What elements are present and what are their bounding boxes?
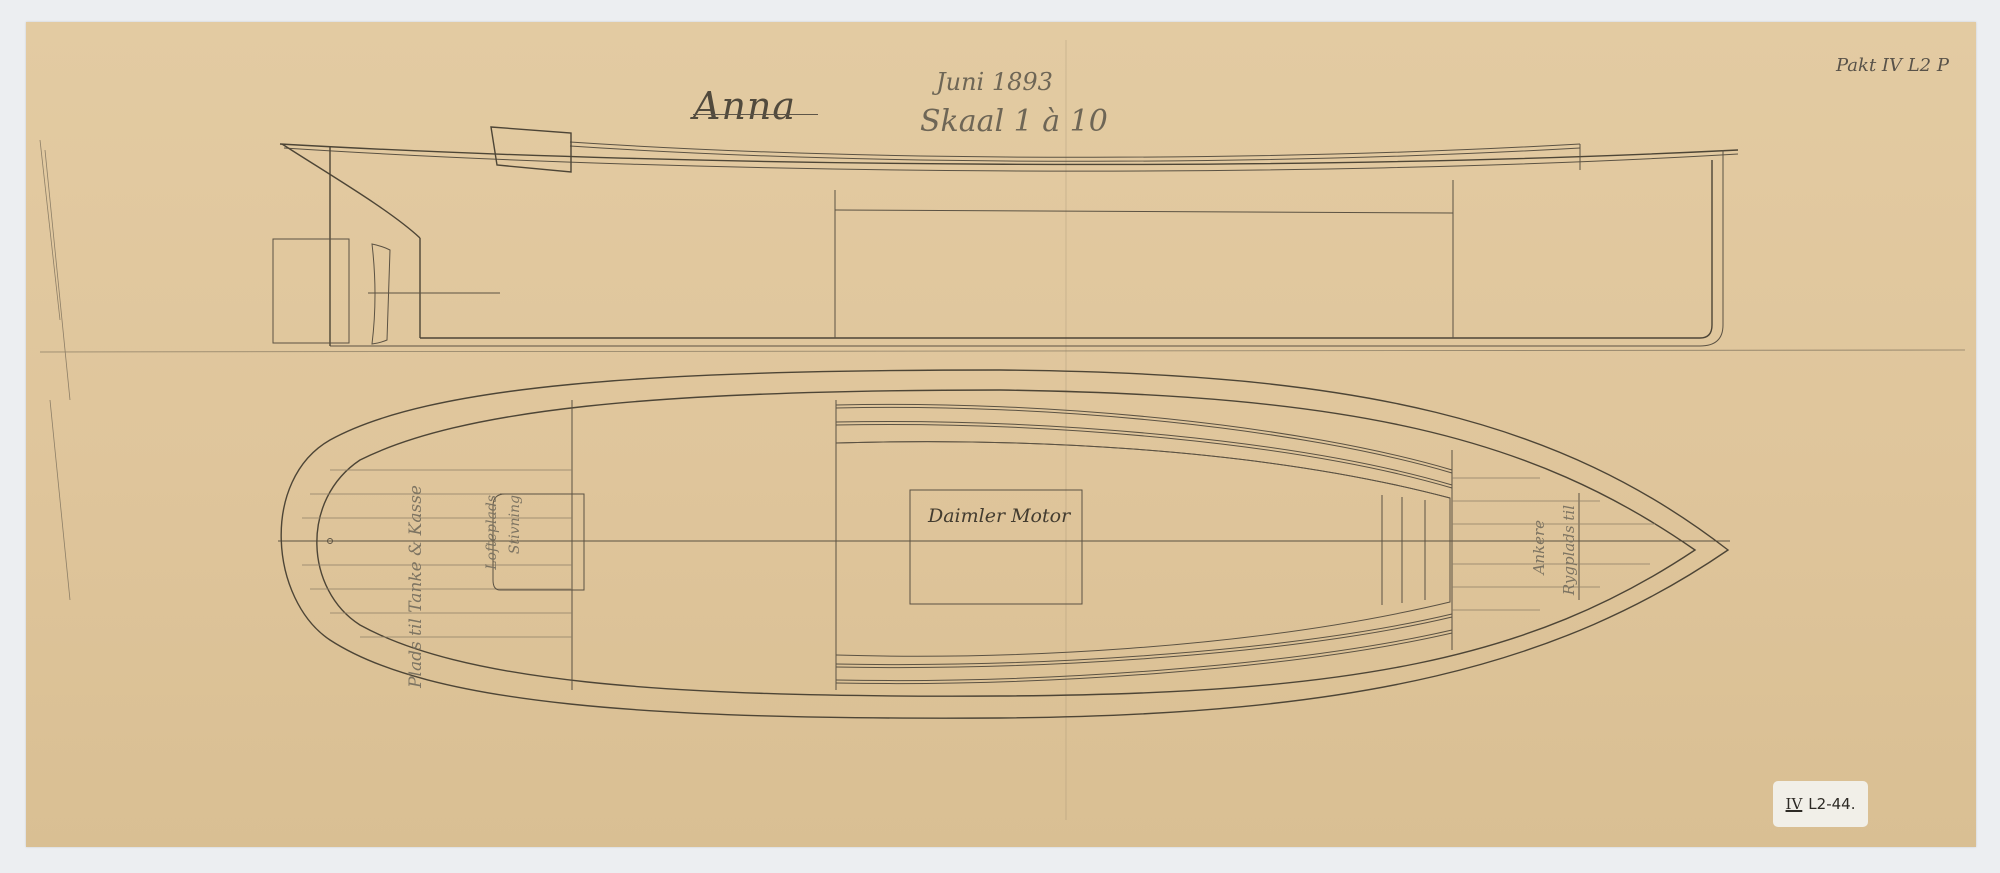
edge-marks: [40, 140, 70, 600]
drawing-date: Juni 1893: [936, 68, 1053, 96]
stern-seat-label-1: Lofteplads: [484, 495, 500, 570]
archive-roman-numeral: IV: [1786, 795, 1803, 813]
archive-code: L2-44.: [1808, 795, 1855, 813]
bow-compartment-label-1: Rygplads til: [1560, 505, 1578, 595]
stern-compartment-label: Plads til Tanke & Kasse: [406, 485, 426, 688]
archive-label: IV L2-44.: [1773, 781, 1868, 827]
drawing-title: Anna: [693, 84, 796, 128]
stern-seat-label-2: Stivning: [507, 495, 523, 554]
drawing-scale: Skaal 1 à 10: [920, 104, 1108, 139]
profile-view: [273, 127, 1738, 346]
motor-label: Daimler Motor: [928, 505, 1070, 527]
reference-code: Pakt IV L2 P: [1836, 55, 1949, 76]
title-underline: [693, 114, 818, 115]
bow-compartment-label-2: Ankere: [1530, 520, 1548, 575]
